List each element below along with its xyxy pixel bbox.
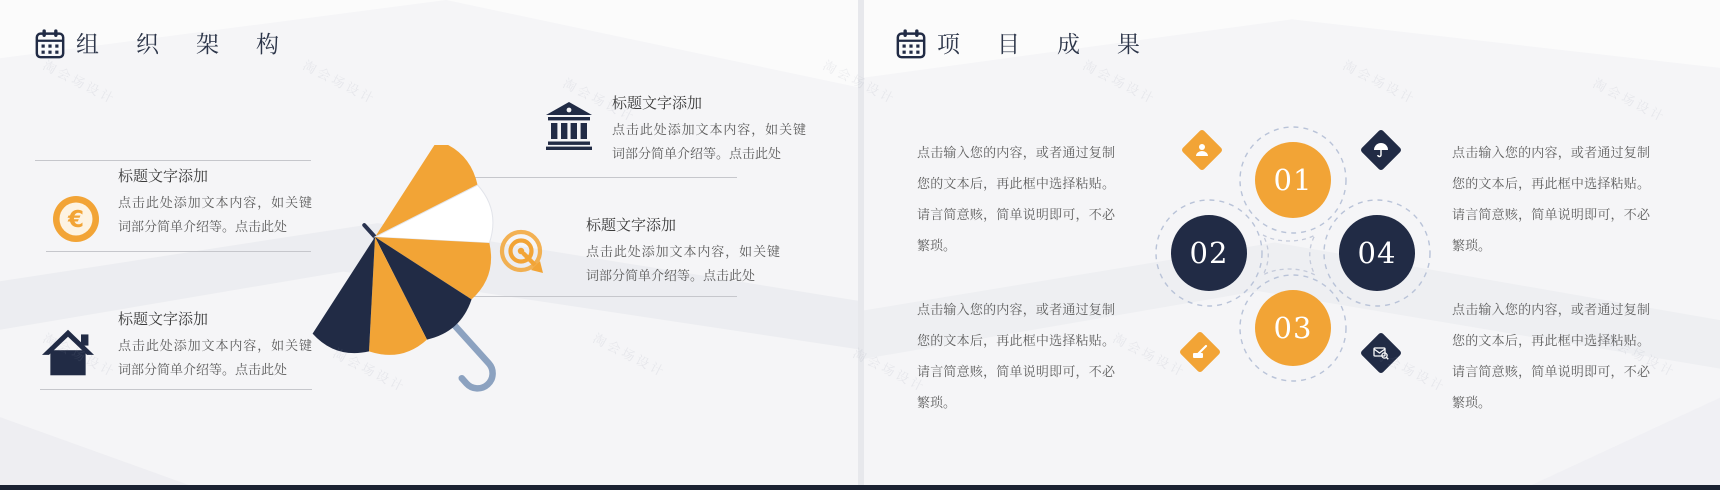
block-title: 标题文字添加 — [612, 94, 806, 114]
house-icon — [42, 328, 94, 383]
umbrella-illustration — [290, 145, 540, 410]
presentation-preview: 组织架构 — [0, 0, 1720, 490]
euro-coin-icon: € — [52, 195, 100, 248]
user-icon — [1194, 142, 1210, 158]
divider-line — [40, 389, 312, 390]
text-block-target: 标题文字添加 点击此处添加文本内容，如关键词部分简单介绍等。点击此处 — [498, 216, 780, 288]
slide-project-results: 项目成果 点击输入您的内容，或者通过复制您的文本后，再此框中选择粘贴。请言简意赅… — [864, 0, 1720, 485]
paragraph-left-bottom: 点击输入您的内容，或者通过复制您的文本后，再此框中选择粘贴。请言简意赅，简单说明… — [917, 294, 1115, 418]
divider-line — [46, 251, 311, 252]
block-body: 点击此处添加文本内容，如关键词部分简单介绍等。点击此处 — [118, 191, 312, 239]
step-number: 03 — [1274, 311, 1313, 345]
step-circle-03: 03 — [1255, 290, 1331, 366]
paragraph-right-top: 点击输入您的内容，或者通过复制您的文本后，再此框中选择粘贴。请言简意赅，简单说明… — [1452, 137, 1650, 261]
slide-organization-structure: 组织架构 — [0, 0, 858, 485]
slide-right-title-text: 项目成果 — [937, 27, 1177, 61]
mail-search-icon — [1373, 345, 1389, 361]
pen-icon — [1192, 344, 1208, 360]
block-body: 点击此处添加文本内容，如关键词部分简单介绍等。点击此处 — [612, 118, 806, 166]
block-title: 标题文字添加 — [118, 310, 312, 330]
block-body: 点击此处添加文本内容，如关键词部分简单介绍等。点击此处 — [586, 240, 780, 288]
step-circle-04: 04 — [1339, 215, 1415, 291]
calendar-icon — [34, 28, 66, 60]
text-block-euro: € 标题文字添加 点击此处添加文本内容，如关键词部分简单介绍等。点击此处 — [52, 167, 312, 239]
divider-line — [35, 160, 311, 161]
step-number: 01 — [1274, 163, 1313, 197]
slide-left-title: 组织架构 — [34, 27, 316, 61]
block-title: 标题文字添加 — [586, 216, 780, 236]
block-body: 点击此处添加文本内容，如关键词部分简单介绍等。点击此处 — [118, 334, 312, 382]
bank-icon — [546, 102, 592, 155]
step-number: 04 — [1358, 236, 1397, 270]
paragraph-right-bottom: 点击输入您的内容，或者通过复制您的文本后，再此框中选择粘贴。请言简意赅，简单说明… — [1452, 294, 1650, 418]
paragraph-left-top: 点击输入您的内容，或者通过复制您的文本后，再此框中选择粘贴。请言简意赅，简单说明… — [917, 137, 1115, 261]
step-circle-02: 02 — [1171, 215, 1247, 291]
slide-right-title: 项目成果 — [895, 27, 1177, 61]
umbrella-icon — [1373, 142, 1389, 158]
text-block-bank: 标题文字添加 点击此处添加文本内容，如关键词部分简单介绍等。点击此处 — [546, 94, 806, 166]
text-block-house: 标题文字添加 点击此处添加文本内容，如关键词部分简单介绍等。点击此处 — [42, 310, 312, 382]
center-pillow-shape — [1263, 235, 1315, 275]
euro-symbol: € — [67, 207, 84, 233]
block-title: 标题文字添加 — [118, 167, 312, 187]
step-number: 02 — [1190, 236, 1229, 270]
step-circle-01: 01 — [1255, 142, 1331, 218]
calendar-icon — [895, 28, 927, 60]
slide-left-title-text: 组织架构 — [76, 27, 316, 61]
bottom-border-bar — [0, 485, 1720, 490]
